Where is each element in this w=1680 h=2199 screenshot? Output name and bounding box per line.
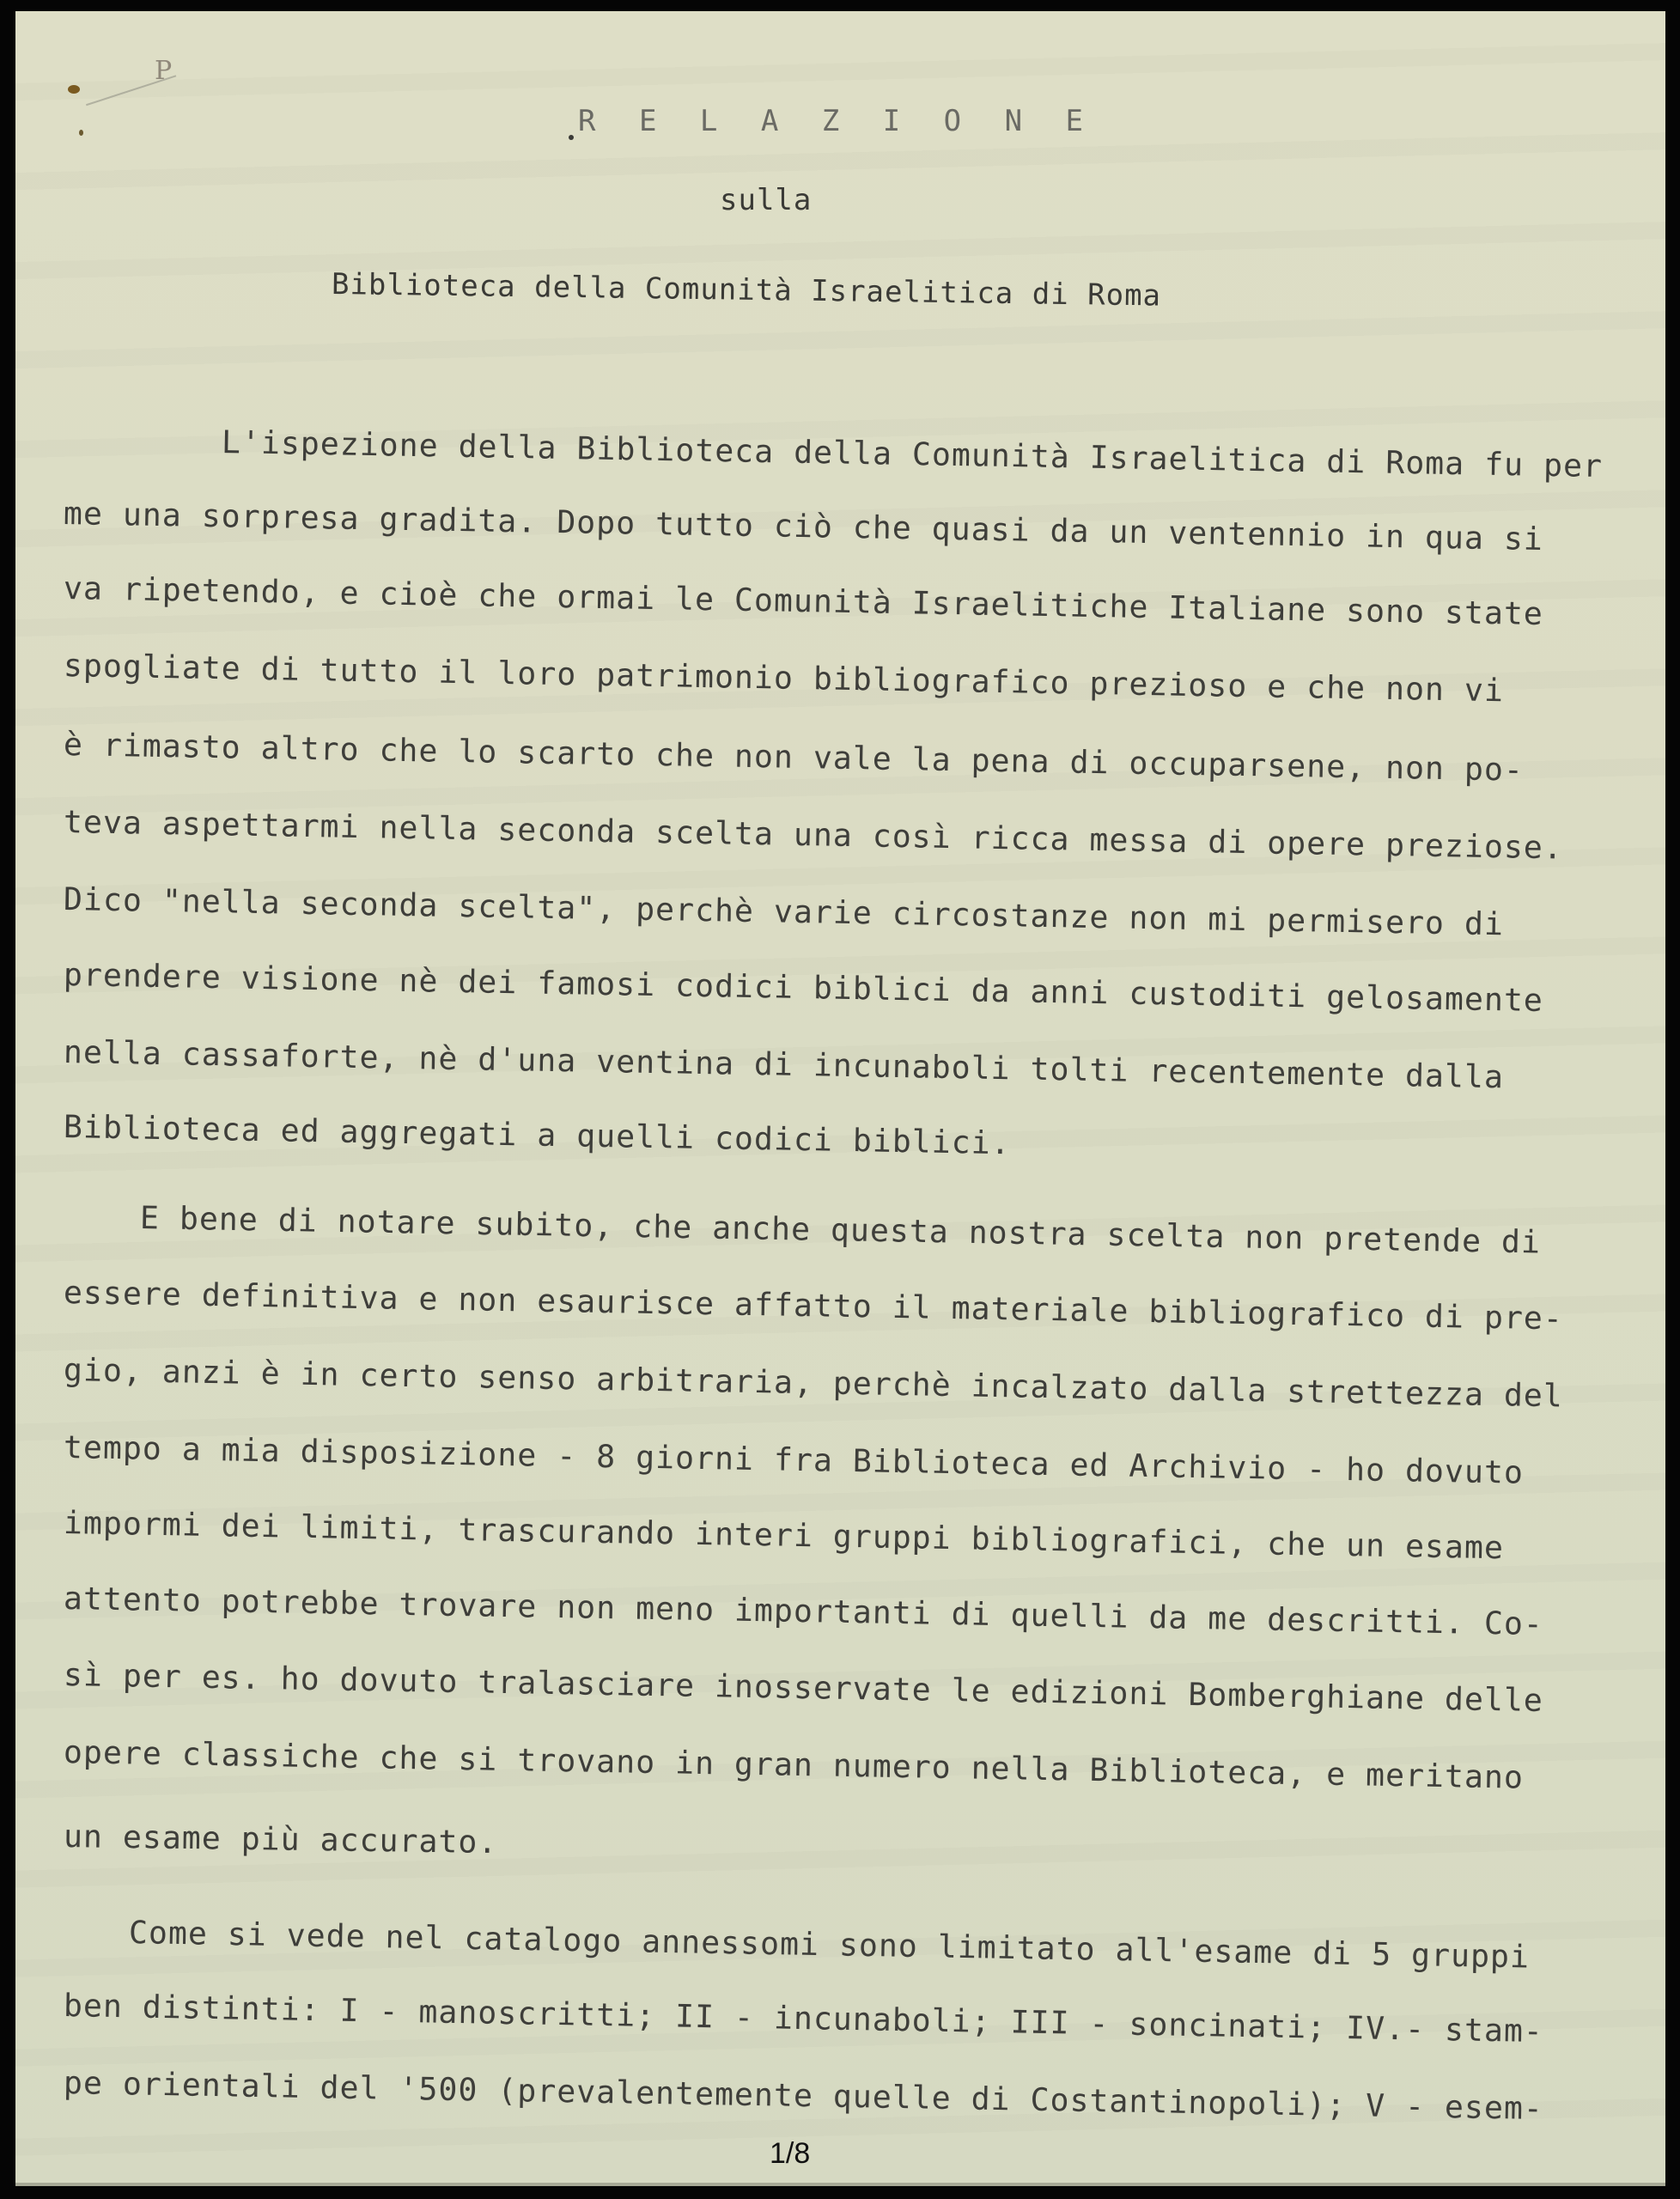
body-line: spogliate di tutto il loro patrimonio bi… xyxy=(64,647,1505,709)
body-line: opere classiche che si trovano in gran n… xyxy=(64,1733,1525,1796)
ink-dot xyxy=(569,135,574,140)
body-line: L'ispezione della Biblioteca della Comun… xyxy=(222,423,1604,484)
body-line: impormi dei limiti, trascurando interi g… xyxy=(64,1504,1505,1566)
body-line: me una sorpresa gradita. Dopo tutto ciò … xyxy=(64,495,1544,557)
paper-bottom-edge xyxy=(15,2183,1665,2186)
body-line: pe orientali del '500 (prevalentemente q… xyxy=(64,2064,1544,2127)
body-line: Come si vede nel catalogo annessomi sono… xyxy=(129,1914,1531,1975)
body-line: teva aspettarmi nella seconda scelta una… xyxy=(64,803,1564,866)
body-line: tempo a mia disposizione - 8 giorni fra … xyxy=(64,1428,1525,1491)
body-line: Biblioteca ed aggregati a quelli codici … xyxy=(64,1108,1011,1161)
ink-stain xyxy=(68,85,80,94)
body-line: è rimasto altro che lo scarto che non va… xyxy=(64,726,1525,789)
body-line: un esame più accurato. xyxy=(64,1818,498,1861)
document-heading: Biblioteca della Comunità Israelitica di… xyxy=(332,267,1162,313)
body-line: sì per es. ho dovuto tralasciare inosser… xyxy=(64,1656,1544,1719)
ink-dot xyxy=(79,130,83,136)
body-line: va ripetendo, e cioè che ormai le Comuni… xyxy=(64,570,1544,632)
body-line: prendere visione nè dei famosi codici bi… xyxy=(64,956,1544,1019)
body-line: E bene di notare subito, che anche quest… xyxy=(140,1199,1542,1260)
margin-annotation: P xyxy=(155,56,172,86)
body-line: nella cassaforte, nè d'una ventina di in… xyxy=(64,1033,1505,1095)
body-line: attento potrebbe trovare non meno import… xyxy=(64,1580,1544,1642)
page-indicator: 1/8 xyxy=(770,2137,810,2171)
body-line: essere definitiva e non esaurisce affatt… xyxy=(64,1274,1564,1337)
scanned-page: P R E L A Z I O N E sulla Biblioteca del… xyxy=(15,11,1665,2186)
body-line: gio, anzi è in certo senso arbitraria, p… xyxy=(64,1351,1564,1414)
body-line: Dico "nella seconda scelta", perchè vari… xyxy=(64,880,1505,942)
document-title: R E L A Z I O N E xyxy=(578,104,1096,138)
document-subtitle: sulla xyxy=(720,183,812,217)
body-line: ben distinti: I - manoscritti; II - incu… xyxy=(64,1987,1544,2050)
show-through-text-background xyxy=(15,11,1665,2186)
